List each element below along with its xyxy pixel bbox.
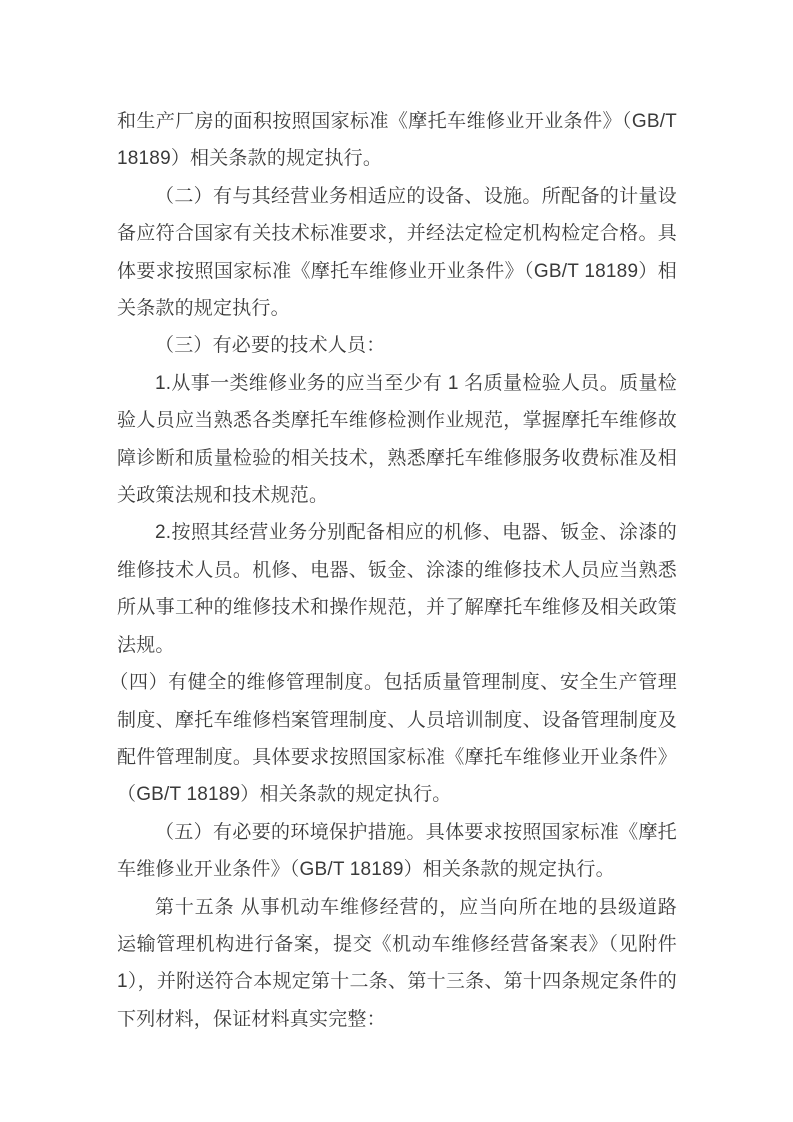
paragraph: （三）有必要的技术人员： (117, 327, 677, 364)
paragraph: 2.按照其经营业务分别配备相应的机修、电器、钣金、涂漆的维修技术人员。机修、电器… (117, 514, 677, 664)
document-page: 和生产厂房的面积按照国家标准《摩托车维修业开业条件》（GB/T 18189）相关… (0, 0, 793, 1122)
paragraph: （二）有与其经营业务相适应的设备、设施。所配备的计量设备应符合国家有关技术标准要… (117, 178, 677, 328)
paragraph: 第十五条 从事机动车维修经营的，应当向所在地的县级道路运输管理机构进行备案，提交… (117, 889, 677, 1039)
paragraph: 和生产厂房的面积按照国家标准《摩托车维修业开业条件》（GB/T 18189）相关… (117, 103, 677, 178)
paragraph: 1.从事一类维修业务的应当至少有 1 名质量检验人员。质量检验人员应当熟悉各类摩… (117, 365, 677, 515)
paragraph: （五）有必要的环境保护措施。具体要求按照国家标准《摩托车维修业开业条件》（GB/… (117, 814, 677, 889)
paragraph: （四）有健全的维修管理制度。包括质量管理制度、安全生产管理制度、摩托车维修档案管… (117, 664, 677, 814)
document-body: 和生产厂房的面积按照国家标准《摩托车维修业开业条件》（GB/T 18189）相关… (117, 103, 677, 1038)
